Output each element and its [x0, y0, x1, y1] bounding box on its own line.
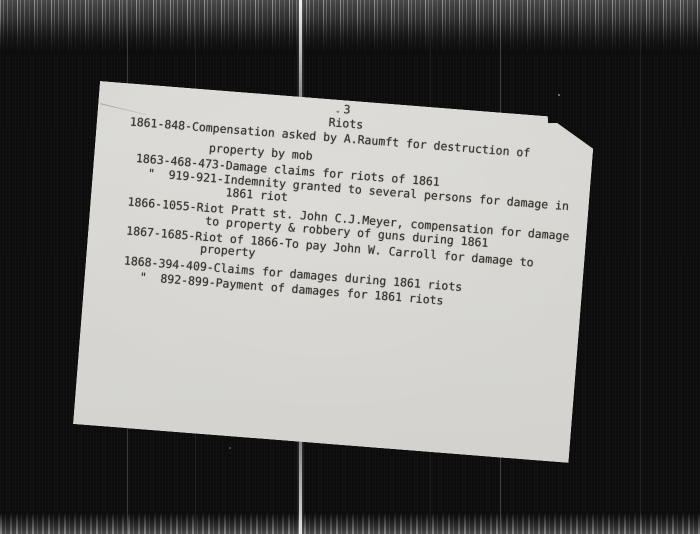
index-card: 3 Riots 1861-848-Compensation asked by A…: [73, 81, 595, 463]
dust-speck: [558, 94, 560, 96]
microfilm-frame: 3 Riots 1861-848-Compensation asked by A…: [0, 0, 700, 534]
index-entry-line: property: [200, 242, 256, 259]
film-scratch-line: [640, 0, 641, 534]
dust-speck: [229, 447, 231, 449]
index-entry-line: 1861 riot: [225, 186, 288, 204]
film-scratch-band-bottom: [0, 512, 700, 534]
film-scratch-band-top: [0, 0, 700, 54]
